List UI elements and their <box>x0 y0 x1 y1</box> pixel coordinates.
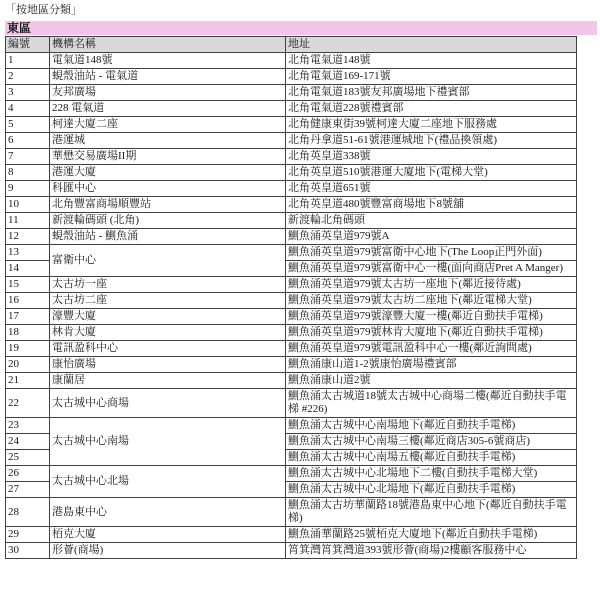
org-address: 鰂魚涌太古城道18號太古城中心商場二樓(鄰近自動扶手電梯 #226) <box>286 389 577 418</box>
col-header-address: 地址 <box>286 37 577 53</box>
table-row: 2蜆殼油站 - 電氣道北角電氣道169-171號 <box>6 69 577 85</box>
row-number: 14 <box>6 261 50 277</box>
org-address: 北角電氣道169-171號 <box>286 69 577 85</box>
row-number: 13 <box>6 245 50 261</box>
row-number: 24 <box>6 434 50 450</box>
table-row: 30形薈(商場)筲箕灣筲箕灣道393號形薈(商場)2樓顧客服務中心 <box>6 543 577 559</box>
table-row: 23太古城中心南場鰂魚涌太古城中心南場地下(鄰近自動扶手電梯) <box>6 418 577 434</box>
row-number: 6 <box>6 133 50 149</box>
table-row: 8港運大廈北角英皇道510號港運大廈地下(電梯大堂) <box>6 165 577 181</box>
org-address: 鰂魚涌康山道1-2號康怡廣場禮賓部 <box>286 357 577 373</box>
org-name: 港島東中心 <box>50 498 286 527</box>
row-number: 4 <box>6 101 50 117</box>
org-address: 北角健康東街39號柯達大廈二座地下服務處 <box>286 117 577 133</box>
org-name: 蜆殼油站 - 電氣道 <box>50 69 286 85</box>
row-number: 22 <box>6 389 50 418</box>
table-row: 9科匯中心北角英皇道651號 <box>6 181 577 197</box>
org-address: 鰂魚涌太古城中心南場五樓(鄰近自動扶手電梯) <box>286 450 577 466</box>
row-number: 23 <box>6 418 50 434</box>
org-address: 鰂魚涌太古城中心北場地下二樓(自動扶手電梯大堂) <box>286 466 577 482</box>
row-number: 7 <box>6 149 50 165</box>
org-name: 華懋交易廣場II期 <box>50 149 286 165</box>
org-address: 北角電氣道148號 <box>286 53 577 69</box>
table-row: 1電氣道148號北角電氣道148號 <box>6 53 577 69</box>
org-address: 鰂魚涌英皇道979號富衛中心地下(The Loop正門外面) <box>286 245 577 261</box>
row-number: 30 <box>6 543 50 559</box>
table-row: 28港島東中心鰂魚涌太古坊華蘭路18號港島東中心地下(鄰近自動扶手電梯) <box>6 498 577 527</box>
table-row: 10北角豐富商場順豐站北角英皇道480號豐富商場地下8號舖 <box>6 197 577 213</box>
org-address: 北角英皇道480號豐富商場地下8號舖 <box>286 197 577 213</box>
org-address: 新渡輪北角碼頭 <box>286 213 577 229</box>
org-name: 太古城中心商場 <box>50 389 286 418</box>
org-address: 鰂魚涌英皇道979號A <box>286 229 577 245</box>
org-name: 太古城中心南場 <box>50 418 286 466</box>
org-name: 林肯大廈 <box>50 325 286 341</box>
table-row: 3友邦廣場北角電氣道183號友邦廣場地下禮賓部 <box>6 85 577 101</box>
table-row: 17濠豐大廈鰂魚涌英皇道979號濠豐大廈一樓(鄰近自動扶手電梯) <box>6 309 577 325</box>
table-row: 21康蘭居鰂魚涌康山道2號 <box>6 373 577 389</box>
org-address: 北角電氣道183號友邦廣場地下禮賓部 <box>286 85 577 101</box>
table-row: 4228 電氣道北角電氣道228號禮賓部 <box>6 101 577 117</box>
org-name: 電訊盈科中心 <box>50 341 286 357</box>
row-number: 3 <box>6 85 50 101</box>
org-name: 港運大廈 <box>50 165 286 181</box>
page-title: 「按地區分類」 <box>5 4 600 17</box>
org-name: 康怡廣場 <box>50 357 286 373</box>
org-name: 科匯中心 <box>50 181 286 197</box>
table-row: 18林肯大廈鰂魚涌英皇道979號林肯大廈地下(鄰近自動扶手電梯) <box>6 325 577 341</box>
row-number: 16 <box>6 293 50 309</box>
col-header-name: 機構名稱 <box>50 37 286 53</box>
table-row: 20康怡廣場鰂魚涌康山道1-2號康怡廣場禮賓部 <box>6 357 577 373</box>
row-number: 15 <box>6 277 50 293</box>
row-number: 19 <box>6 341 50 357</box>
table-row: 13富衛中心鰂魚涌英皇道979號富衛中心地下(The Loop正門外面) <box>6 245 577 261</box>
row-number: 2 <box>6 69 50 85</box>
table-row: 7華懋交易廣場II期北角英皇道338號 <box>6 149 577 165</box>
org-address: 鰂魚涌太古坊華蘭路18號港島東中心地下(鄰近自動扶手電梯) <box>286 498 577 527</box>
org-name: 新渡輪碼頭 (北角) <box>50 213 286 229</box>
header-row: 編號 機構名稱 地址 <box>6 37 577 53</box>
table-row: 22太古城中心商場鰂魚涌太古城道18號太古城中心商場二樓(鄰近自動扶手電梯 #2… <box>6 389 577 418</box>
table-row: 29栢克大廈鰂魚涌華蘭路25號栢克大廈地下(鄰近自動扶手電梯) <box>6 527 577 543</box>
org-address: 鰂魚涌華蘭路25號栢克大廈地下(鄰近自動扶手電梯) <box>286 527 577 543</box>
row-number: 10 <box>6 197 50 213</box>
section-header: 東區 <box>5 21 597 35</box>
row-number: 1 <box>6 53 50 69</box>
org-address: 筲箕灣筲箕灣道393號形薈(商場)2樓顧客服務中心 <box>286 543 577 559</box>
org-name: 太古坊一座 <box>50 277 286 293</box>
table-row: 6港運城北角丹拿道51-61號港運城地下(禮品換領處) <box>6 133 577 149</box>
org-name: 康蘭居 <box>50 373 286 389</box>
org-name: 柯達大廈二座 <box>50 117 286 133</box>
org-address: 鰂魚涌太古城中心北場地下(鄰近自動扶手電梯) <box>286 482 577 498</box>
org-address: 鰂魚涌英皇道979號富衛中心一樓(面向商店Pret A Manger) <box>286 261 577 277</box>
org-address: 鰂魚涌康山道2號 <box>286 373 577 389</box>
table-row: 16太古坊二座鰂魚涌英皇道979號太古坊二座地下(鄰近電梯大堂) <box>6 293 577 309</box>
table-row: 19電訊盈科中心鰂魚涌英皇道979號電訊盈科中心一樓(鄰近詢問處) <box>6 341 577 357</box>
org-address: 鰂魚涌英皇道979號林肯大廈地下(鄰近自動扶手電梯) <box>286 325 577 341</box>
org-name: 電氣道148號 <box>50 53 286 69</box>
table-row: 11新渡輪碼頭 (北角)新渡輪北角碼頭 <box>6 213 577 229</box>
table-body: 1電氣道148號北角電氣道148號2蜆殼油站 - 電氣道北角電氣道169-171… <box>6 53 577 559</box>
row-number: 26 <box>6 466 50 482</box>
org-name: 北角豐富商場順豐站 <box>50 197 286 213</box>
org-name: 港運城 <box>50 133 286 149</box>
org-name: 蜆殼油站 - 鰂魚涌 <box>50 229 286 245</box>
row-number: 8 <box>6 165 50 181</box>
locations-table: 編號 機構名稱 地址 1電氣道148號北角電氣道148號2蜆殼油站 - 電氣道北… <box>5 36 577 559</box>
org-address: 鰂魚涌英皇道979號太古坊二座地下(鄰近電梯大堂) <box>286 293 577 309</box>
row-number: 25 <box>6 450 50 466</box>
org-name: 228 電氣道 <box>50 101 286 117</box>
row-number: 11 <box>6 213 50 229</box>
org-address: 北角英皇道338號 <box>286 149 577 165</box>
org-name: 栢克大廈 <box>50 527 286 543</box>
org-address: 鰂魚涌太古城中心南場三樓(鄰近商店305-6號商店) <box>286 434 577 450</box>
row-number: 29 <box>6 527 50 543</box>
row-number: 18 <box>6 325 50 341</box>
org-name: 友邦廣場 <box>50 85 286 101</box>
row-number: 12 <box>6 229 50 245</box>
org-address: 鰂魚涌英皇道979號濠豐大廈一樓(鄰近自動扶手電梯) <box>286 309 577 325</box>
row-number: 20 <box>6 357 50 373</box>
table-row: 15太古坊一座鰂魚涌英皇道979號太古坊一座地下(鄰近接待處) <box>6 277 577 293</box>
org-name: 形薈(商場) <box>50 543 286 559</box>
org-address: 鰂魚涌太古城中心南場地下(鄰近自動扶手電梯) <box>286 418 577 434</box>
table-row: 5柯達大廈二座北角健康東街39號柯達大廈二座地下服務處 <box>6 117 577 133</box>
org-name: 濠豐大廈 <box>50 309 286 325</box>
org-address: 北角英皇道651號 <box>286 181 577 197</box>
col-header-no: 編號 <box>6 37 50 53</box>
table-row: 26太古城中心北場鰂魚涌太古城中心北場地下二樓(自動扶手電梯大堂) <box>6 466 577 482</box>
document-page: 「按地區分類」 東區 編號 機構名稱 地址 1電氣道148號北角電氣道148號2… <box>0 0 600 591</box>
row-number: 21 <box>6 373 50 389</box>
org-address: 鰂魚涌英皇道979號太古坊一座地下(鄰近接待處) <box>286 277 577 293</box>
row-number: 27 <box>6 482 50 498</box>
org-name: 太古坊二座 <box>50 293 286 309</box>
row-number: 28 <box>6 498 50 527</box>
row-number: 9 <box>6 181 50 197</box>
row-number: 17 <box>6 309 50 325</box>
row-number: 5 <box>6 117 50 133</box>
org-address: 北角丹拿道51-61號港運城地下(禮品換領處) <box>286 133 577 149</box>
org-name: 太古城中心北場 <box>50 466 286 498</box>
org-address: 北角電氣道228號禮賓部 <box>286 101 577 117</box>
org-address: 北角英皇道510號港運大廈地下(電梯大堂) <box>286 165 577 181</box>
table-row: 12蜆殼油站 - 鰂魚涌鰂魚涌英皇道979號A <box>6 229 577 245</box>
org-address: 鰂魚涌英皇道979號電訊盈科中心一樓(鄰近詢問處) <box>286 341 577 357</box>
org-name: 富衛中心 <box>50 245 286 277</box>
